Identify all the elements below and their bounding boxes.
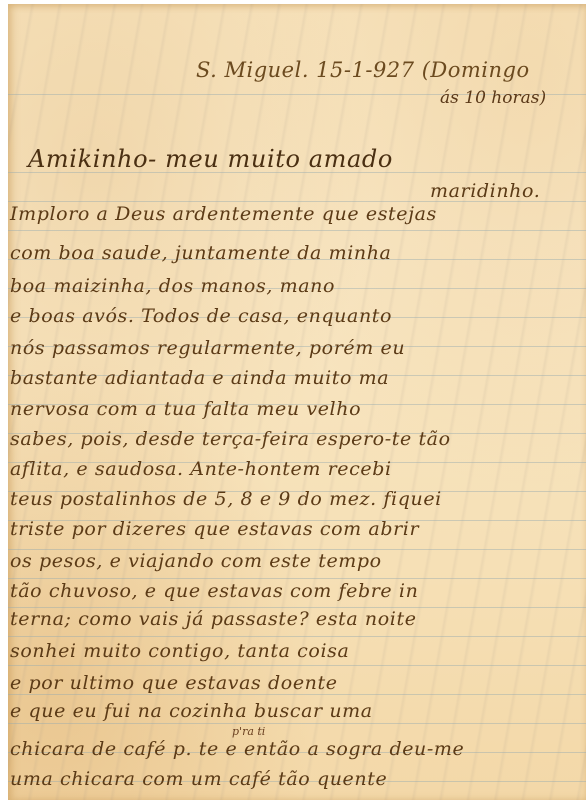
ruled-line — [8, 230, 586, 231]
body-line: chicara de café p. te e então a sogra de… — [10, 738, 464, 760]
body-line: e que eu fui na cozinha buscar uma — [10, 700, 373, 722]
body-line: triste por dizeres que estavas com abrir — [10, 518, 419, 540]
interlinear-insertion: p'ra ti — [232, 725, 265, 738]
ruled-line — [8, 723, 586, 724]
letter-place-date: S. Miguel. 15-1-927 (Domingo — [196, 58, 530, 82]
letter-time: ás 10 horas) — [440, 88, 546, 108]
body-line: terna; como vais já passaste? esta noite — [10, 608, 417, 630]
body-line: e por ultimo que estavas doente — [10, 672, 338, 694]
ruled-line — [8, 694, 586, 695]
body-line: com boa saude, juntamente da minha — [10, 242, 391, 264]
body-line: bastante adiantada e ainda muito ma — [10, 367, 389, 389]
body-line: nós passamos regularmente, porém eu — [10, 337, 405, 359]
salutation-line-1: Amikinho- meu muito amado — [28, 145, 393, 173]
body-line: Imploro a Deus ardentemente que estejas — [10, 203, 437, 225]
body-line: boa maizinha, dos manos, mano — [10, 275, 335, 297]
ruled-line — [8, 578, 586, 579]
body-line: os pesos, e viajando com este tempo — [10, 550, 382, 572]
salutation-line-2: maridinho. — [430, 180, 540, 202]
ruled-line — [8, 665, 586, 666]
body-line: teus postalinhos de 5, 8 e 9 do mez. fiq… — [10, 488, 442, 510]
body-line: sonhei muito contigo, tanta coisa — [10, 640, 349, 662]
body-line: tão chuvoso, e que estavas com febre in — [10, 580, 418, 602]
ruled-line — [8, 636, 586, 637]
body-line: sabes, pois, desde terça-feira espero-te… — [10, 428, 451, 450]
body-line: e boas avós. Todos de casa, enquanto — [10, 305, 392, 327]
body-line: aflita, e saudosa. Ante-hontem recebi — [10, 458, 392, 480]
body-line: uma chicara com um café tão quente — [10, 768, 387, 790]
body-line: nervosa com a tua falta meu velho — [10, 398, 361, 420]
